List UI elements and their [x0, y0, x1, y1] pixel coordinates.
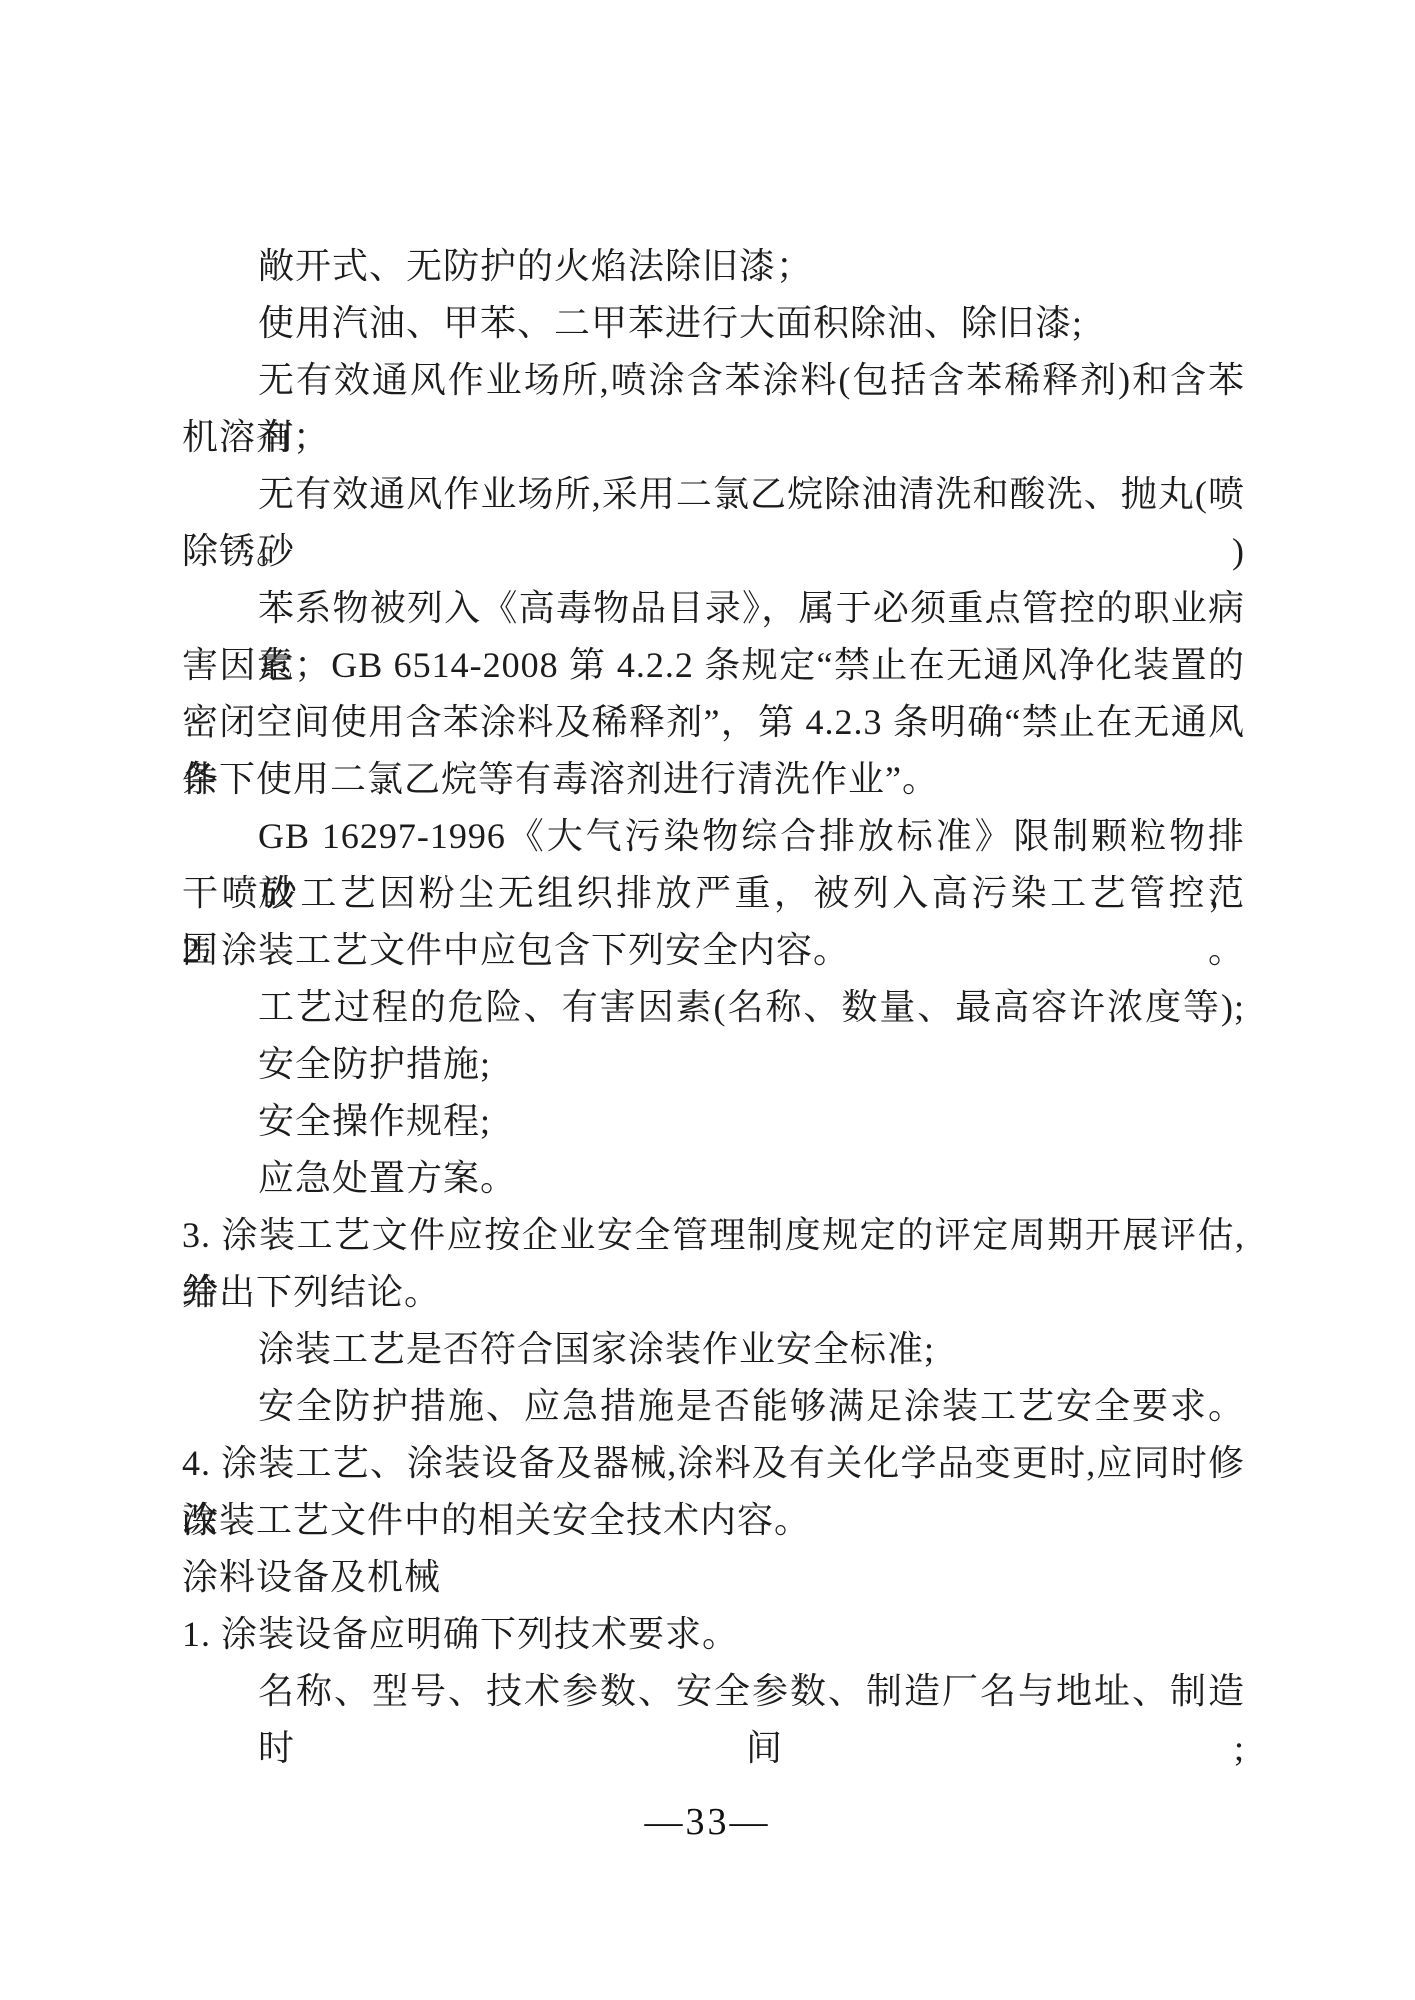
text-line: 无有效通风作业场所,采用二氯乙烷除油清洗和酸洗、抛丸(喷砂) [182, 466, 1245, 523]
page-number: —33— [0, 1800, 1415, 1844]
text-line: 4. 涂装工艺、涂装设备及器械,涂料及有关化学品变更时,应同时修改 [182, 1435, 1245, 1492]
text-line: 1. 涂装设备应明确下列技术要求。 [182, 1606, 1245, 1663]
text-line: 名称、型号、技术参数、安全参数、制造厂名与地址、制造时间; [182, 1663, 1245, 1720]
text-line: 干喷砂工艺因粉尘无组织排放严重，被列入高污染工艺管控范围。 [182, 865, 1245, 922]
text-line: 密闭空间使用含苯涂料及稀释剂”，第 4.2.3 条明确“禁止在无通风条 [182, 694, 1245, 751]
text-line: GB 16297-1996《大气污染物综合排放标准》限制颗粒物排放， [182, 808, 1245, 865]
text-line: 给出下列结论。 [182, 1264, 1245, 1321]
text-line: 安全防护措施; [182, 1036, 1245, 1093]
text-line: 3. 涂装工艺文件应按企业安全管理制度规定的评定周期开展评估,并 [182, 1207, 1245, 1264]
text-line: 安全操作规程; [182, 1093, 1245, 1150]
document-body: 敞开式、无防护的火焰法除旧漆；使用汽油、甲苯、二甲苯进行大面积除油、除旧漆;无有… [182, 238, 1245, 1720]
document-page: 敞开式、无防护的火焰法除旧漆；使用汽油、甲苯、二甲苯进行大面积除油、除旧漆;无有… [0, 0, 1415, 2000]
text-line: 工艺过程的危险、有害因素(名称、数量、最高容许浓度等); [182, 979, 1245, 1036]
text-line: 敞开式、无防护的火焰法除旧漆； [182, 238, 1245, 295]
text-line: 使用汽油、甲苯、二甲苯进行大面积除油、除旧漆; [182, 295, 1245, 352]
text-line: 涂料设备及机械 [182, 1549, 1245, 1606]
text-line: 无有效通风作业场所,喷涂含苯涂料(包括含苯稀释剂)和含苯有 [182, 352, 1245, 409]
text-line: 涂装工艺文件中的相关安全技术内容。 [182, 1492, 1245, 1549]
text-line: 应急处置方案。 [182, 1150, 1245, 1207]
text-line: 害因素；GB 6514-2008 第 4.2.2 条规定“禁止在无通风净化装置的 [182, 637, 1245, 694]
text-line: 件下使用二氯乙烷等有毒溶剂进行清洗作业”。 [182, 751, 1245, 808]
text-line: 苯系物被列入《高毒物品目录》，属于必须重点管控的职业病危 [182, 580, 1245, 637]
text-line: 机溶剂； [182, 409, 1245, 466]
text-line: 涂装工艺是否符合国家涂装作业安全标准; [182, 1321, 1245, 1378]
text-line: 安全防护措施、应急措施是否能够满足涂装工艺安全要求。 [182, 1378, 1245, 1435]
